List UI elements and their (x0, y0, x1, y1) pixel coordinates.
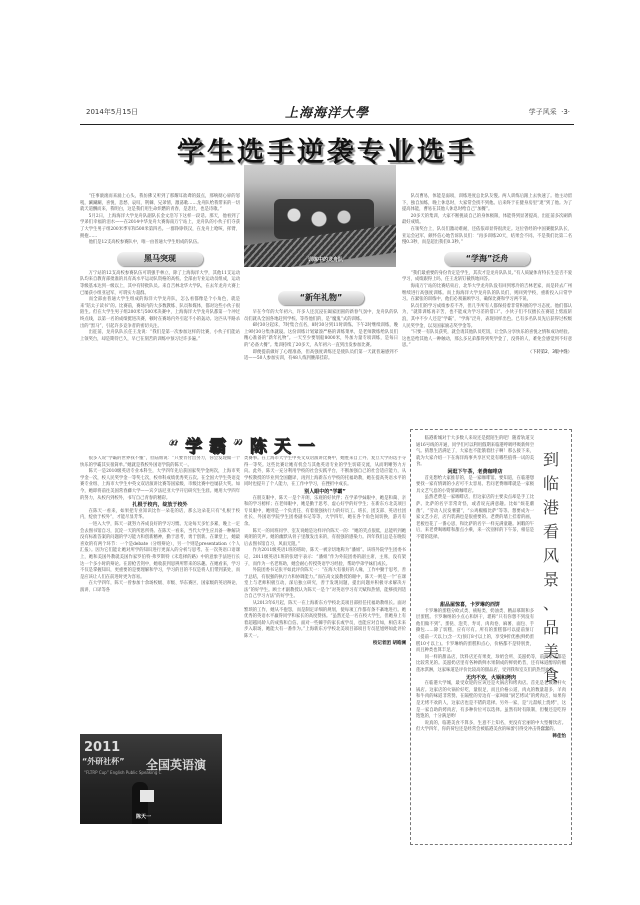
subheading-roots: 扎根于校内，绽放于校外 (80, 502, 240, 509)
paragraph: 同一样的甜品店，饮料店还有果麦、珍奶会所、美滋奶等，前两家店都是比较常见的。美滋… (416, 655, 566, 675)
continuation-note: （下转第2、3版中缝） (402, 350, 572, 357)
title-char: 临 (541, 472, 561, 496)
paragraph: 类赛事。在上海市大学生中英文双语演讲比赛中，她胜来自上外、复旦大学的选手夺得一等… (244, 456, 406, 489)
paragraph: 一进入大学，陈天一就努力养成良好的学习习惯。无论每天多忙多累，晚上一定会去图书馆… (80, 522, 240, 581)
section-name: 学子风采 (529, 108, 557, 116)
feature-column-1: “任事滚滚而来涌上心头，我仿佛又听到了那耀耳欲聋的鼓点，那响彻心扉的怒吼，涮涮涮… (80, 194, 240, 343)
masthead: 2014年5月15日 上海海洋大學 学子风采 ·3· (80, 102, 574, 125)
paragraph: 队员曹易，体能是弱项，训练进度总比队友慢。两人训练后跟上去快速了。他主动留下，独… (402, 194, 572, 214)
paragraph: 在领奖台上，队员们激动难耐，还依依却显得很淡定。这位曾经的中国赛艇队队长、亚运会… (402, 227, 572, 247)
paragraph: 即便提前做好了心理准备，但高强度训练还是使队员们第一天就普遍感到不适——50人参… (244, 350, 398, 363)
section-heading-dark-horse: 黑马突现 (117, 252, 203, 266)
banner-subtitle: “FLTRP Cup” English Public Speaking C (84, 770, 161, 775)
title-char: 看 (541, 520, 561, 544)
subheading-dessert: 甜品屋惊喜，卡罗琳的西饼 (416, 602, 566, 609)
profile-byline: 校记者团 胡皓澜 (244, 641, 406, 648)
paragraph: 万宁站的12支高校参赛队伍可谓强手林立，除了上海海洋大学，其他11支运动队均来自… (80, 271, 240, 297)
paragraph: “我们最重要的身份肯定是学生，其次才是龙舟队队员。”有人质疑体育特长生是否不爱学… (402, 271, 572, 284)
sidebar-text-top: 临港新城对于大多数人来说还是挺陌生的吧！随着轨道交通16号线的开通，同学们可以利… (416, 436, 534, 542)
paragraph: 早在今年的大年初六，许多人还沉浸在阖家团圆的新春气氛中，龙舟队的队员们就从全国各… (244, 310, 398, 323)
paragraph: 说真的，临港美食不算多，生意不上知名，更没有宏丽的中大型餐饮店。但大学四年，你的… (416, 721, 566, 734)
section-label: 学子风采 ·3· (529, 107, 570, 117)
subheading-coffee: 闲逛下午茶，老费咖啡店 (416, 469, 534, 476)
photo-caption: 陈天一 (136, 813, 151, 820)
paragraph: 出征前，龙舟队队长任王龙说：“我们是第一次参加这样的比赛，小伙子们能站上领奖台，… (80, 330, 240, 343)
paragraph: 作为2011级英语1班的班助，陈天一被亲切地称为“潘姐”。该班外院学生团委书记、… (244, 548, 406, 568)
feature-headline: 学生选手逆袭专业选手 (80, 130, 574, 169)
paragraph: 而全部由普通大学生组成的海洋大学龙舟队，怎么看都像是个小角色，就是来“陪太子读书… (80, 297, 240, 330)
speech-contest-photo: 2011 “外研社杯” 全国英语演 “FLTRP Cup” English Pu… (80, 734, 222, 824)
paragraph: 在陈天一看来，如果把专业知识比作一朵花的话，那么这朵花只有“扎根于校内，绽放于校… (80, 509, 240, 522)
paragraph: 陈天一的同班同学、室友说她是这样评价陈天一的：“她的笑点很低，总能听到她爽朗的笑… (244, 529, 406, 549)
section-heading-new-year-gift: “新年礼物” (278, 291, 364, 305)
paragraph: 20多天的集训，大家不断挑战自己的身体极限，体能得到显著提高，出征前多次刷新最好… (402, 214, 572, 227)
photo-caption: 训练中的龙舟队 (308, 256, 343, 263)
sidebar-text-bottom: 甜品屋惊喜，卡罗琳的西饼 卡罗琳的蛋糕分欧式类、裱贴类、奶油类、精品慕斯和多层蛋… (416, 602, 566, 740)
profile-column-2: 类赛事。在上海市大学生中英文双语演讲比赛中，她胜来自上外、复旦大学的选手夺得一等… (244, 456, 406, 836)
paragraph: “只要一有队员获奖，就会请其他队员吃饭，让全队分享快乐的喜悦之情和成功经验。这也… (402, 330, 572, 350)
paragraph: 临港新城对于大多数人来说还是挺陌生的吧！随着轨道交通16号线的开通，同学们可以利… (416, 436, 534, 469)
feature-column-3: 队员曹易，体能是弱项，训练进度总比队友慢。两人训练后跟上去快速了。他主动留下，独… (402, 194, 572, 356)
feature-column-2: “新年礼物” 早在今年的大年初六，许多人还沉浸在阖家团圆的新春气氛中，龙舟队的队… (244, 286, 398, 363)
dragon-boat-photo: 训练中的龙舟队 (244, 165, 396, 267)
profile-column-1: 很多人说“学霸的世界我不懂”，但陆姐说：“只要肯付出努力，你会发现做一个快乐的学… (80, 456, 240, 732)
paragraph: 很多人说“学霸的世界我不懂”，但陆姐说：“只要肯付出努力，你会发现做一个快乐的学… (80, 456, 240, 469)
paragraph: 海南万宁站的比赛结束后，北华大学龙舟队没有回到寒冷的吉林老家，而是转去广州继续进… (402, 284, 572, 304)
paragraph: “任事滚滚而来涌上心头，我仿佛又听到了那耀耳欲聋的鼓点，那响彻心扉的怒吼，涮涮涮… (80, 194, 240, 214)
banner-cup: “外研社杯” (82, 756, 125, 767)
paragraph: 外院团委书记张平如此评价陈天一：“在海大有很好的人缘，工作中勤于思考，善于总结，… (244, 568, 406, 601)
subheading-others-eyes: 别人眼中的“学霸” (244, 489, 406, 496)
paragraph: 队员们的学习成绩参差不齐，但几乎所有人都保持着非常积极的学习态度。他们都认为，“… (402, 304, 572, 330)
paragraph: 首先想给大家推荐的，是一家咖啡馆。要知道，在临港想要找一家有情调的小店可不太容易… (416, 476, 534, 496)
paragraph: 在朋友眼中，陈天一是个开朗、乐观的好伙伴；在学弟学妹眼中，她是和蔼、亲和的学习榜… (244, 496, 406, 529)
newspaper-page: 2014年5月15日 上海海洋大學 学子风采 ·3· 学生选手逆袭专业选手 ——… (0, 0, 640, 905)
page-number: ·3· (561, 108, 570, 116)
paragraph: 他们是12支高校参赛队中，唯一由普通大学生组成的队伍。 (80, 240, 240, 247)
paragraph: 6时30分起床，7时集合点名，8时30分到11时训练。下午2时继续训练，晚上9时… (244, 323, 398, 349)
profile-headline-text: “学霸”陈天一 (167, 432, 323, 457)
paragraph: 在大学四年，陈天一曾参加十余场校级、市级、华东赛区、国家级的英语辩论、演讲、口译… (80, 581, 240, 594)
podium (140, 790, 154, 802)
title-char: 景 (541, 568, 561, 592)
banner-year: 2011 (84, 740, 120, 755)
sidebar-byline: 韩佳怡 (416, 734, 566, 741)
profile-headline: “学霸”陈天一 (80, 432, 410, 457)
paragraph: 5月2日，上海海洋大学龙舟队副队长金文浩写下这样一段话。那天，他看到了学弟们幸福… (80, 214, 240, 240)
section-heading-study-sea: “学海”泛舟 (444, 252, 530, 266)
paragraph: 从2013年6月起，陈天一在上海新东方学校北美项目部担任托福助教组长。面对繁琐的… (244, 601, 406, 641)
paragraph: 陈天一是2010级英语专业本科生，大学四年先后获国家奖学金两次，上海市奖学金一次… (80, 469, 240, 502)
paragraph: 虽然老费是一家咖啡店，但这家店的主要卖点却是手工比萨。比萨的名字非常奇怪，或者说… (416, 495, 534, 541)
paragraph: 卡罗琳的蛋糕分欧式类、裱贴类、奶油类、精品慕斯和多层蛋糕。卡罗琳纳的小点心和饼干… (416, 609, 534, 655)
title-char: 到 (541, 448, 561, 472)
paragraph: 在临港大学城，最受欢迎的应该还是火锅店和烤肉店。首先是老城厢杆火锅店。这家店的火… (416, 681, 566, 721)
title-char: 港 (541, 496, 561, 520)
paper-title: 上海海洋大學 (80, 102, 574, 121)
title-char: 风 (541, 544, 561, 568)
